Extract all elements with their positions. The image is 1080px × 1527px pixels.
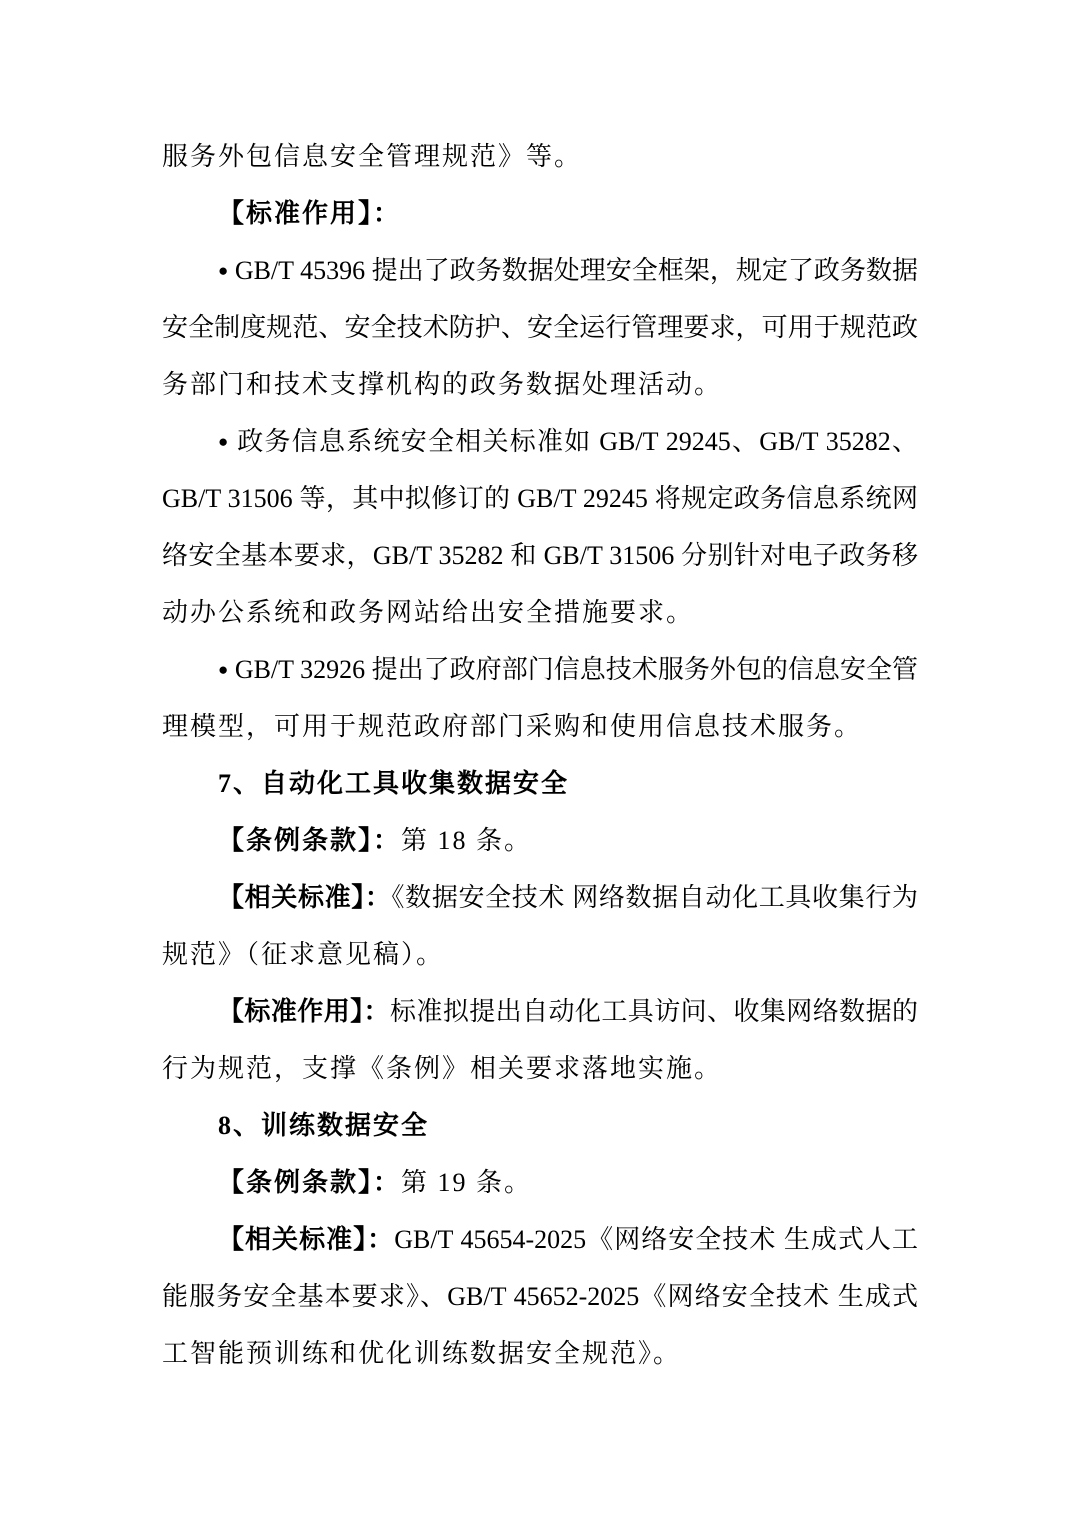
text-segment: 工智能预训练和优化训练数据安全规范》。 — [162, 1339, 681, 1368]
bullet-gbt-45396-line: 务部门和技术支撑机构的政务数据处理活动。 — [162, 356, 918, 413]
text-segment: 标准拟提出自动化工具访问、收集网络数据的 — [390, 997, 918, 1026]
document-page: 服务外包信息安全管理规范》等。【标准作用】：● GB/T 45396 提出了政务… — [0, 0, 1080, 1527]
standard-role-7-line: 【标准作用】：标准拟提出自动化工具访问、收集网络数据的 — [162, 983, 918, 1040]
bullet-gbt-32926-line: 理模型，可用于规范政府部门采购和使用信息技术服务。 — [162, 698, 918, 755]
related-standards-8-line: 能服务安全基本要求》、GB/T 45652-2025《网络安全技术 生成式人 — [162, 1268, 918, 1325]
text-segment: 安全制度规范、安全技术防护、安全运行管理要求，可用于规范政 — [162, 313, 918, 342]
standard-role-7-line: 行为规范，支撑《条例》相关要求落地实施。 — [162, 1040, 918, 1097]
text-segment: 第 19 条。 — [401, 1168, 532, 1197]
clause-article-19-line: 【条例条款】：第 19 条。 — [162, 1154, 918, 1211]
heading-7-automated-tools-line: 7、自动化工具收集数据安全 — [162, 755, 918, 812]
text-segment: 政务信息系统安全相关标准如 GB/T 29245、GB/T 35282、 — [230, 427, 918, 456]
text-segment: 7、自动化工具收集数据安全 — [218, 769, 569, 798]
text-segment: 行为规范，支撑《条例》相关要求落地实施。 — [162, 1054, 722, 1083]
bullet-icon: ● — [218, 261, 228, 280]
text-segment: 络安全基本要求，GB/T 35282 和 GB/T 31506 分别针对电子政务… — [162, 541, 918, 570]
text-segment: 动办公系统和政务网站给出安全措施要求。 — [162, 598, 694, 627]
bullet-icon: ● — [218, 660, 228, 679]
text-segment: 服务外包信息安全管理规范》等。 — [162, 142, 582, 171]
related-standards-8-line: 【相关标准】：GB/T 45654-2025《网络安全技术 生成式人工智 — [162, 1211, 918, 1268]
text-segment: 规范》（征求意见稿）。 — [162, 940, 444, 969]
bullet-gbt-45396-line: 安全制度规范、安全技术防护、安全运行管理要求，可用于规范政 — [162, 299, 918, 356]
bullet-gov-info-systems-line: GB/T 31506 等，其中拟修订的 GB/T 29245 将规定政务信息系统… — [162, 470, 918, 527]
text-segment: 【相关标准】： — [218, 1225, 394, 1254]
bullet-gbt-32926-line: ● GB/T 32926 提出了政府部门信息技术服务外包的信息安全管 — [162, 641, 918, 698]
clause-article-18-line: 【条例条款】：第 18 条。 — [162, 812, 918, 869]
text-segment: 务部门和技术支撑机构的政务数据处理活动。 — [162, 370, 722, 399]
heading-8-training-data-line: 8、训练数据安全 — [162, 1097, 918, 1154]
related-standards-7-line: 【相关标准】：《数据安全技术 网络数据自动化工具收集行为 — [162, 869, 918, 926]
document-body: 服务外包信息安全管理规范》等。【标准作用】：● GB/T 45396 提出了政务… — [162, 128, 918, 1382]
text-segment: 能服务安全基本要求》、GB/T 45652-2025《网络安全技术 生成式人 — [162, 1282, 918, 1325]
bullet-gbt-45396-line: ● GB/T 45396 提出了政务数据处理安全框架，规定了政务数据 — [162, 242, 918, 299]
text-segment: 【条例条款】： — [218, 1168, 401, 1197]
paragraph-continuation-line: 服务外包信息安全管理规范》等。 — [162, 128, 918, 185]
bullet-gov-info-systems-line: 动办公系统和政务网站给出安全措施要求。 — [162, 584, 918, 641]
text-segment: 第 18 条。 — [401, 826, 532, 855]
text-segment: 理模型，可用于规范政府部门采购和使用信息技术服务。 — [162, 712, 862, 741]
text-segment: 【条例条款】： — [218, 826, 401, 855]
bullet-icon: ● — [218, 432, 230, 451]
related-standards-7-line: 规范》（征求意见稿）。 — [162, 926, 918, 983]
text-segment: 【标准作用】： — [218, 997, 390, 1026]
text-segment: 【标准作用】： — [218, 199, 401, 228]
text-segment: 8、训练数据安全 — [218, 1111, 429, 1140]
bullet-gov-info-systems-line: 络安全基本要求，GB/T 35282 和 GB/T 31506 分别针对电子政务… — [162, 527, 918, 584]
related-standards-8-line: 工智能预训练和优化训练数据安全规范》。 — [162, 1325, 918, 1382]
text-segment: 《数据安全技术 网络数据自动化工具收集行为 — [392, 883, 918, 912]
label-standard-role-line: 【标准作用】： — [162, 185, 918, 242]
text-segment: GB/T 32926 提出了政府部门信息技术服务外包的信息安全管 — [228, 655, 918, 684]
text-segment: GB/T 45396 提出了政务数据处理安全框架，规定了政务数据 — [228, 256, 918, 285]
bullet-gov-info-systems-line: ● 政务信息系统安全相关标准如 GB/T 29245、GB/T 35282、 — [162, 413, 918, 470]
text-segment: 【相关标准】： — [218, 883, 392, 912]
text-segment: GB/T 31506 等，其中拟修订的 GB/T 29245 将规定政务信息系统… — [162, 484, 918, 513]
